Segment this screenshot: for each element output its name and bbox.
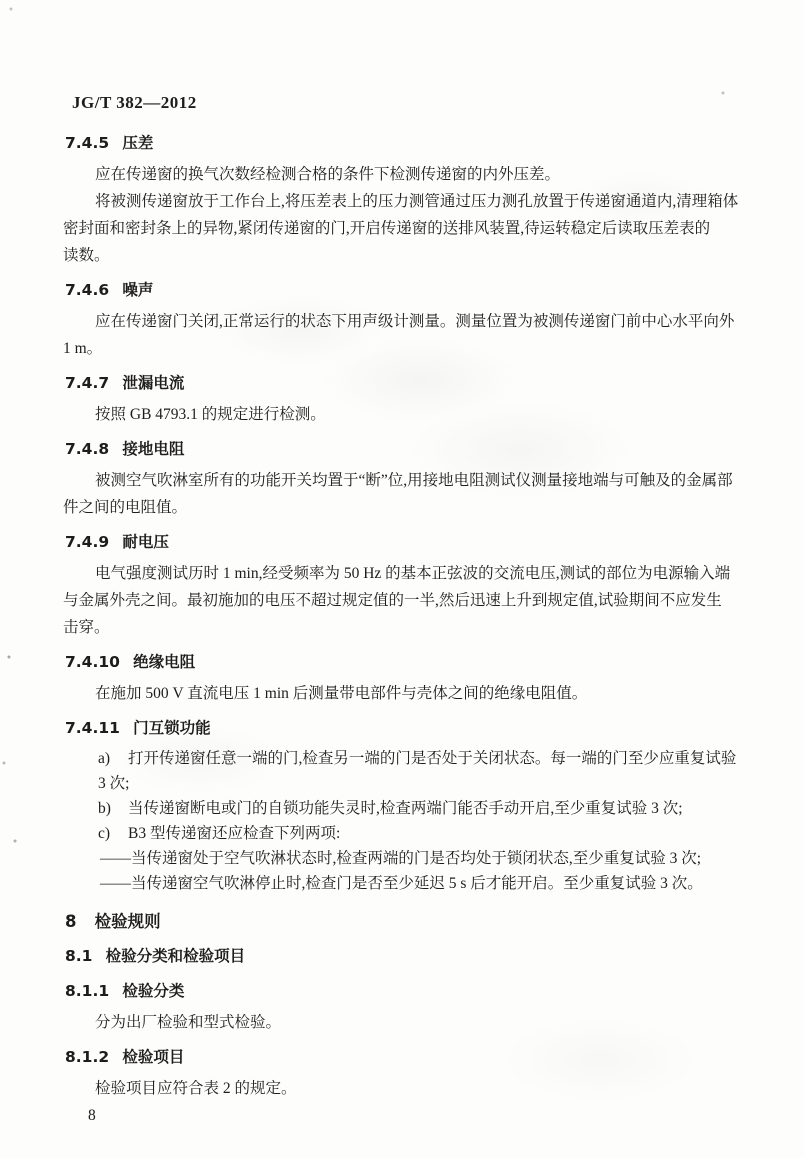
section-number: 7.4.6 [65,281,109,299]
section-heading-7-4-11: 7.4.11门互锁功能 [65,715,754,742]
list-item-continuation: 3 次; [63,771,754,796]
chapter-heading-8: 8检验规则 [65,908,754,935]
list-item-text: 打开传递窗任意一端的门,检查另一端的门是否处于关闭状态。每一端的门至少应重复试验 [128,750,736,767]
interlock-check-list: a)打开传递窗任意一端的门,检查另一端的门是否处于关闭状态。每一端的门至少应重复… [63,746,754,896]
section-title: 泄漏电流 [122,374,184,392]
paragraph: 分为出厂检验和型式检验。 [63,1009,754,1036]
section-heading-7-4-9: 7.4.9耐电压 [65,529,754,556]
paragraph: 应在传递窗门关闭,正常运行的状态下用声级计测量。测量位置为被测传递窗门前中心水平… [63,308,754,362]
text-line: 被测空气吹淋室所有的功能开关均置于“断”位,用接地电阻测试仪测量接地端与可触及的… [63,467,754,494]
section-title: 检验项目 [122,1048,184,1066]
document-page: JG/T 382—2012 7.4.5压差 应在传递窗的换气次数经检测合格的条件… [0,0,804,1158]
section-number: 7.4.9 [65,533,109,551]
section-number: 7.4.11 [65,719,120,737]
list-item-text: 当传递窗断电或门的自锁功能失灵时,检查两端门能否手动开启,至少重复试验 3 次; [128,800,683,817]
list-item-label: b) [98,796,111,821]
list-item-label: c) [98,821,110,846]
section-title: 检验分类 [122,982,184,1000]
text-line: 密封面和密封条上的异物,紧闭传递窗的门,开启传递窗的送排风装置,待运转稳定后读取… [63,215,754,242]
text-line: 应在传递窗门关闭,正常运行的状态下用声级计测量。测量位置为被测传递窗门前中心水平… [63,308,754,335]
section-title: 门互锁功能 [133,719,211,737]
section-number: 7.4.5 [65,134,109,152]
scan-specks [0,0,2,2]
paragraph: 检验项目应符合表 2 的规定。 [63,1075,754,1102]
text-line: 件之间的电阻值。 [63,494,754,521]
section-heading-7-4-5: 7.4.5压差 [65,130,754,157]
section-number: 8 [65,912,76,931]
section-heading-7-4-7: 7.4.7泄漏电流 [65,370,754,397]
text-line: 电气强度测试历时 1 min,经受频率为 50 Hz 的基本正弦波的交流电压,测… [63,560,754,587]
section-title: 耐电压 [122,533,169,551]
paragraph: 被测空气吹淋室所有的功能开关均置于“断”位,用接地电阻测试仪测量接地端与可触及的… [63,467,754,521]
section-number: 7.4.8 [65,440,109,458]
section-title: 噪声 [122,281,153,299]
paragraph: 应在传递窗的换气次数经检测合格的条件下检测传递窗的内外压差。 [63,161,754,188]
standard-code-header: JG/T 382—2012 [72,89,754,116]
paragraph: 按照 GB 4793.1 的规定进行检测。 [63,401,754,428]
list-item-c: c)B3 型传递窗还应检查下列两项: [63,821,754,846]
list-item-label: a) [98,746,110,771]
text-line: 应在传递窗的换气次数经检测合格的条件下检测传递窗的内外压差。 [63,161,754,188]
section-title: 检验规则 [95,912,161,931]
text-line: 在施加 500 V 直流电压 1 min 后测量带电部件与壳体之间的绝缘电阻值。 [63,680,754,707]
section-title: 压差 [122,134,153,152]
dash-item: ——当传递窗处于空气吹淋状态时,检查两端的门是否均处于锁闭状态,至少重复试验 3… [63,846,754,871]
text-line: 击穿。 [63,614,754,641]
text-line: 将被测传递窗放于工作台上,将压差表上的压力测管通过压力测孔放置于传递窗通道内,清… [63,188,754,215]
list-item-text: B3 型传递窗还应检查下列两项: [128,825,340,842]
section-heading-7-4-6: 7.4.6噪声 [65,277,754,304]
paragraph: 将被测传递窗放于工作台上,将压差表上的压力测管通过压力测孔放置于传递窗通道内,清… [63,188,754,269]
section-title: 绝缘电阻 [133,653,195,671]
page-number: 8 [88,1102,754,1129]
section-heading-8-1-2: 8.1.2检验项目 [65,1044,754,1071]
section-number: 8.1.2 [65,1048,109,1066]
section-title: 接地电阻 [122,440,184,458]
text-line: 检验项目应符合表 2 的规定。 [63,1075,754,1102]
text-line: 读数。 [63,242,754,269]
paragraph: 在施加 500 V 直流电压 1 min 后测量带电部件与壳体之间的绝缘电阻值。 [63,680,754,707]
section-number: 7.4.7 [65,374,109,392]
section-number: 8.1 [65,947,92,965]
section-title: 检验分类和检验项目 [106,947,246,965]
section-heading-8-1-1: 8.1.1检验分类 [65,978,754,1005]
paragraph: 电气强度测试历时 1 min,经受频率为 50 Hz 的基本正弦波的交流电压,测… [63,560,754,641]
text-line: 1 m。 [63,335,754,362]
section-number: 7.4.10 [65,653,120,671]
list-item-a: a)打开传递窗任意一端的门,检查另一端的门是否处于关闭状态。每一端的门至少应重复… [63,746,754,771]
section-heading-8-1: 8.1检验分类和检验项目 [65,943,754,970]
text-line: 与金属外壳之间。最初施加的电压不超过规定值的一半,然后迅速上升到规定值,试验期间… [63,587,754,614]
list-item-b: b)当传递窗断电或门的自锁功能失灵时,检查两端门能否手动开启,至少重复试验 3 … [63,796,754,821]
text-line: 分为出厂检验和型式检验。 [63,1009,754,1036]
section-number: 8.1.1 [65,982,109,1000]
text-line: 按照 GB 4793.1 的规定进行检测。 [63,401,754,428]
section-heading-7-4-10: 7.4.10绝缘电阻 [65,649,754,676]
section-heading-7-4-8: 7.4.8接地电阻 [65,436,754,463]
dash-item: ——当传递窗空气吹淋停止时,检查门是否至少延迟 5 s 后才能开启。至少重复试验… [63,871,754,896]
